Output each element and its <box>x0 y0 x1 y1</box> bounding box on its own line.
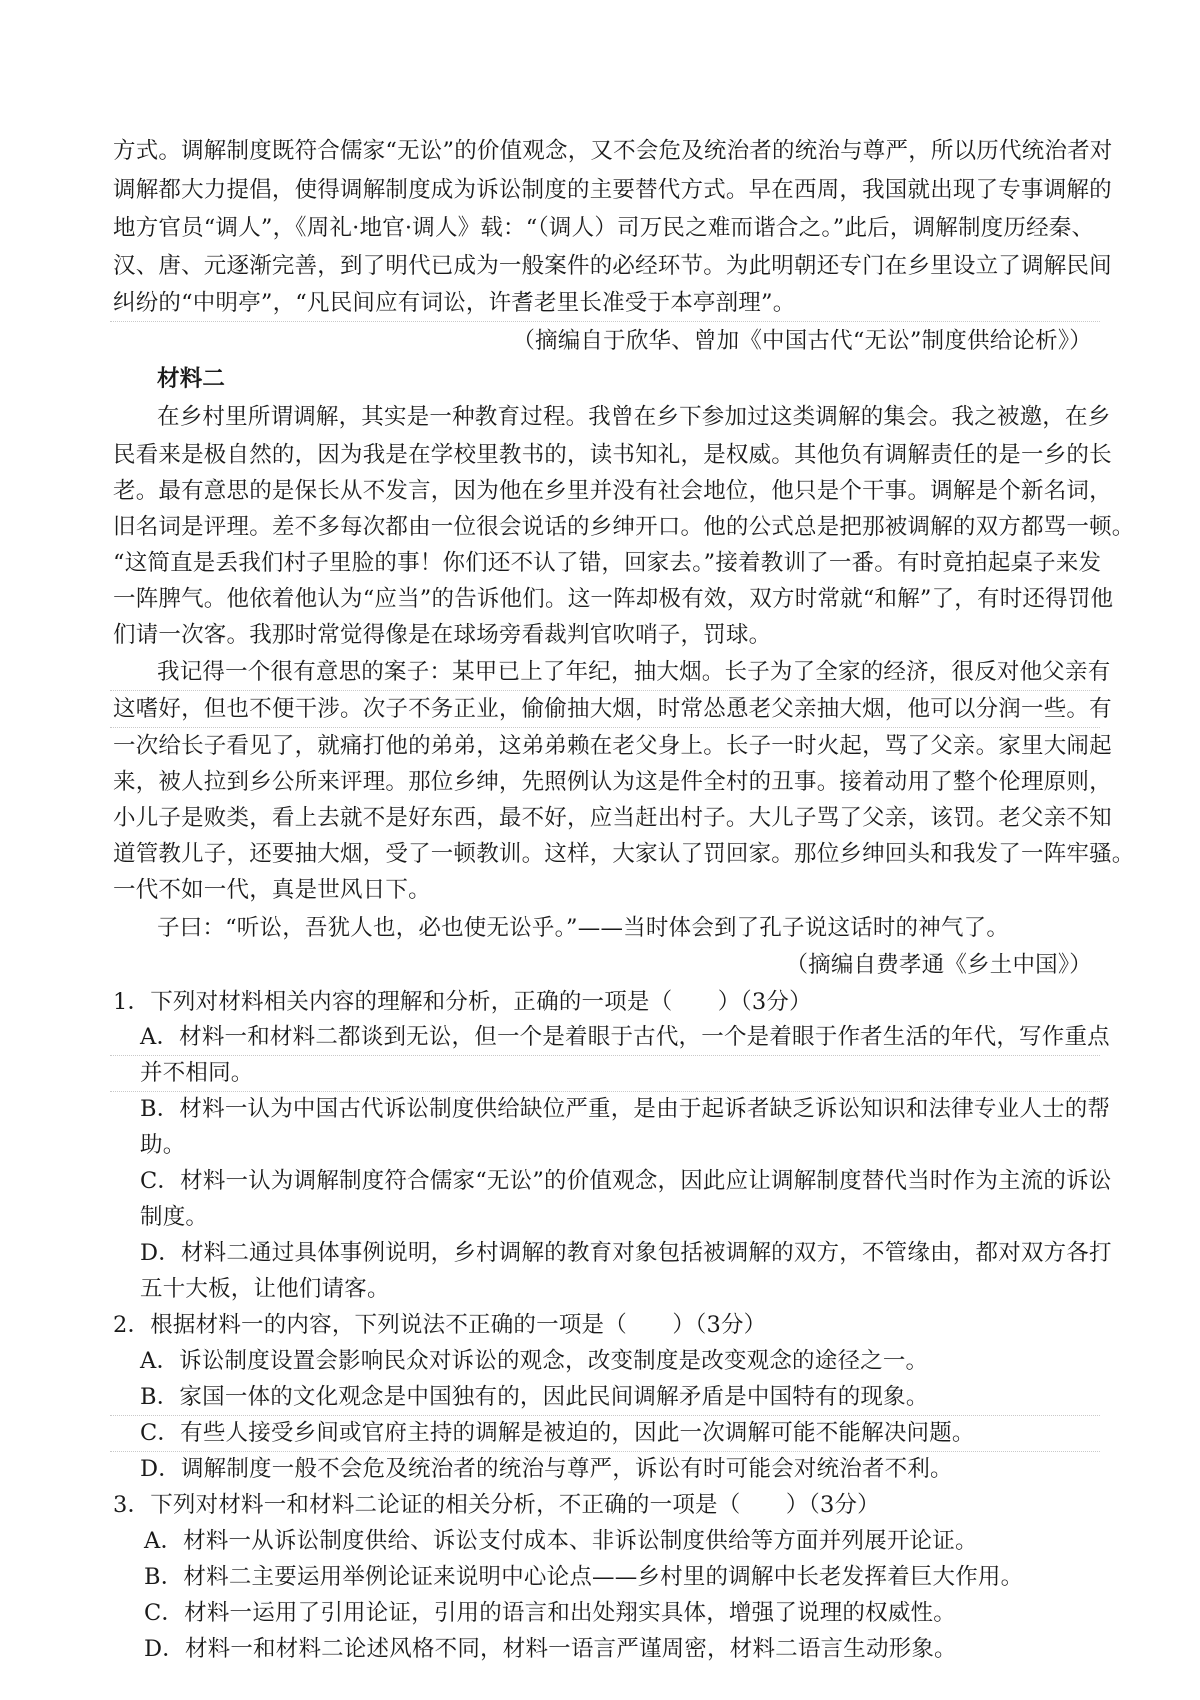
option-b[interactable]: B．家国一体的文化观念是中国独有的，因此民间调解矛盾是中国特有的现象。 <box>140 1382 1120 1412</box>
question-stem: 2．根据材料一的内容，下列说法不正确的一项是（ ）（3分） <box>113 1310 1093 1340</box>
text-line: 道管教儿子，还要抽大烟，受了一顿教训。这样，大家认了罚回家。那位乡绅回头和我发了… <box>113 839 1093 869</box>
dotted-divider <box>110 321 1100 322</box>
text-line: 子曰：“听讼，吾犹人也，必也使无讼乎。”——当时体会到了孔子说这话时的神气了。 <box>157 913 1137 943</box>
text-line: 汉、唐、元逐渐完善，到了明代已成为一般案件的必经环节。为此明朝还专门在乡里设立了… <box>113 251 1093 281</box>
dotted-divider <box>110 1451 1100 1452</box>
source-citation: （摘编自费孝通《乡土中国》） <box>785 950 1092 980</box>
text-line: 在乡村里所谓调解，其实是一种教育过程。我曾在乡下参加过这类调解的集会。我之被邀，… <box>157 402 1137 432</box>
text-line: 来，被人拉到乡公所来评理。那位乡绅，先照例认为这是件全村的丑事。接着动用了整个伦… <box>113 767 1093 797</box>
dotted-divider <box>110 1055 1100 1056</box>
text-line: 纠纷的“中明亭”，“凡民间应有词讼，许耆老里长准受于本亭剖理”。 <box>113 288 1093 318</box>
dotted-divider <box>110 690 1100 691</box>
option-c[interactable]: C．材料一认为调解制度符合儒家“无讼”的价值观念，因此应让调解制度替代当时作为主… <box>140 1166 1120 1196</box>
option-a-cont: 并不相同。 <box>140 1058 1120 1088</box>
option-d[interactable]: D．调解制度一般不会危及统治者的统治与尊严，诉讼有时可能会对统治者不利。 <box>140 1454 1120 1484</box>
exam-page: 方式。调解制度既符合儒家“无讼”的价值观念，又不会危及统治者的统治与尊严，所以历… <box>0 0 1200 1700</box>
text-line: 小儿子是败类，看上去就不是好东西，最不好，应当赶出村子。大儿子骂了父亲，该罚。老… <box>113 803 1093 833</box>
option-b-cont: 助。 <box>140 1130 1120 1160</box>
dotted-divider <box>110 1091 1100 1092</box>
option-a[interactable]: A．材料一和材料二都谈到无讼，但一个是着眼于古代，一个是着眼于作者生活的年代，写… <box>140 1022 1120 1052</box>
option-a[interactable]: A．诉讼制度设置会影响民众对诉讼的观念，改变制度是改变观念的途径之一。 <box>140 1346 1120 1376</box>
text-line: “这简直是丢我们村子里脸的事！你们还不认了错，回家去。”接着教训了一番。有时竟拍… <box>113 548 1093 578</box>
question-stem: 3．下列对材料一和材料二论证的相关分析，不正确的一项是（ ）（3分） <box>113 1490 1093 1520</box>
option-c-cont: 制度。 <box>140 1202 1120 1232</box>
option-c[interactable]: C．有些人接受乡间或官府主持的调解是被迫的，因此一次调解可能不能解决问题。 <box>140 1418 1120 1448</box>
option-b[interactable]: B．材料二主要运用举例论证来说明中心论点——乡村里的调解中长老发挥着巨大作用。 <box>144 1562 1124 1592</box>
text-line: 调解都大力提倡，使得调解制度成为诉讼制度的主要替代方式。早在西周，我国就出现了专… <box>113 175 1093 205</box>
text-line: 方式。调解制度既符合儒家“无讼”的价值观念，又不会危及统治者的统治与尊严，所以历… <box>113 136 1093 166</box>
dotted-divider <box>110 727 1100 728</box>
text-line: 旧名词是评理。差不多每次都由一位很会说话的乡绅开口。他的公式总是把那被调解的双方… <box>113 512 1093 542</box>
text-line: 一代不如一代，真是世风日下。 <box>113 875 1093 905</box>
text-line: 地方官员“调人”，《周礼·地官·调人》载：“（调人）司万民之难而谐合之。”此后，… <box>113 213 1093 243</box>
text-line: 民看来是极自然的，因为我是在学校里教书的，读书知礼，是权威。其他负有调解责任的是… <box>113 440 1093 470</box>
text-line: 这嗜好，但也不便干涉。次子不务正业，偷偷抽大烟，时常怂恿老父亲抽大烟，他可以分润… <box>113 694 1093 724</box>
text-line: 们请一次客。我那时常觉得像是在球场旁看裁判官吹哨子，罚球。 <box>113 620 1093 650</box>
source-citation: （摘编自于欣华、曾加《中国古代“无讼”制度供给论析》） <box>512 326 1092 356</box>
option-d-cont: 五十大板，让他们请客。 <box>140 1274 1120 1304</box>
section-heading: 材料二 <box>157 364 1137 394</box>
question-stem: 1．下列对材料相关内容的理解和分析，正确的一项是（ ）（3分） <box>113 987 1093 1017</box>
option-c[interactable]: C．材料一运用了引用论证，引用的语言和出处翔实具体，增强了说理的权威性。 <box>144 1598 1124 1628</box>
text-line: 一次给长子看见了，就痛打他的弟弟，这弟弟赖在老父身上。长子一时火起，骂了父亲。家… <box>113 731 1093 761</box>
option-b[interactable]: B．材料一认为中国古代诉讼制度供给缺位严重，是由于起诉者缺乏诉讼知识和法律专业人… <box>140 1094 1120 1124</box>
text-line: 我记得一个很有意思的案子：某甲已上了年纪，抽大烟。长子为了全家的经济，很反对他父… <box>157 657 1137 687</box>
dotted-divider <box>110 1415 1100 1416</box>
option-a[interactable]: A．材料一从诉讼制度供给、诉讼支付成本、非诉讼制度供给等方面并列展开论证。 <box>144 1526 1124 1556</box>
text-line: 一阵脾气。他依着他认为“应当”的告诉他们。这一阵却极有效，双方时常就“和解”了，… <box>113 584 1093 614</box>
option-d[interactable]: D．材料一和材料二论述风格不同，材料一语言严谨周密，材料二语言生动形象。 <box>144 1634 1124 1664</box>
text-line: 老。最有意思的是保长从不发言，因为他在乡里并没有社会地位，他只是个干事。调解是个… <box>113 476 1093 506</box>
option-d[interactable]: D．材料二通过具体事例说明，乡村调解的教育对象包括被调解的双方，不管缘由，都对双… <box>140 1238 1120 1268</box>
